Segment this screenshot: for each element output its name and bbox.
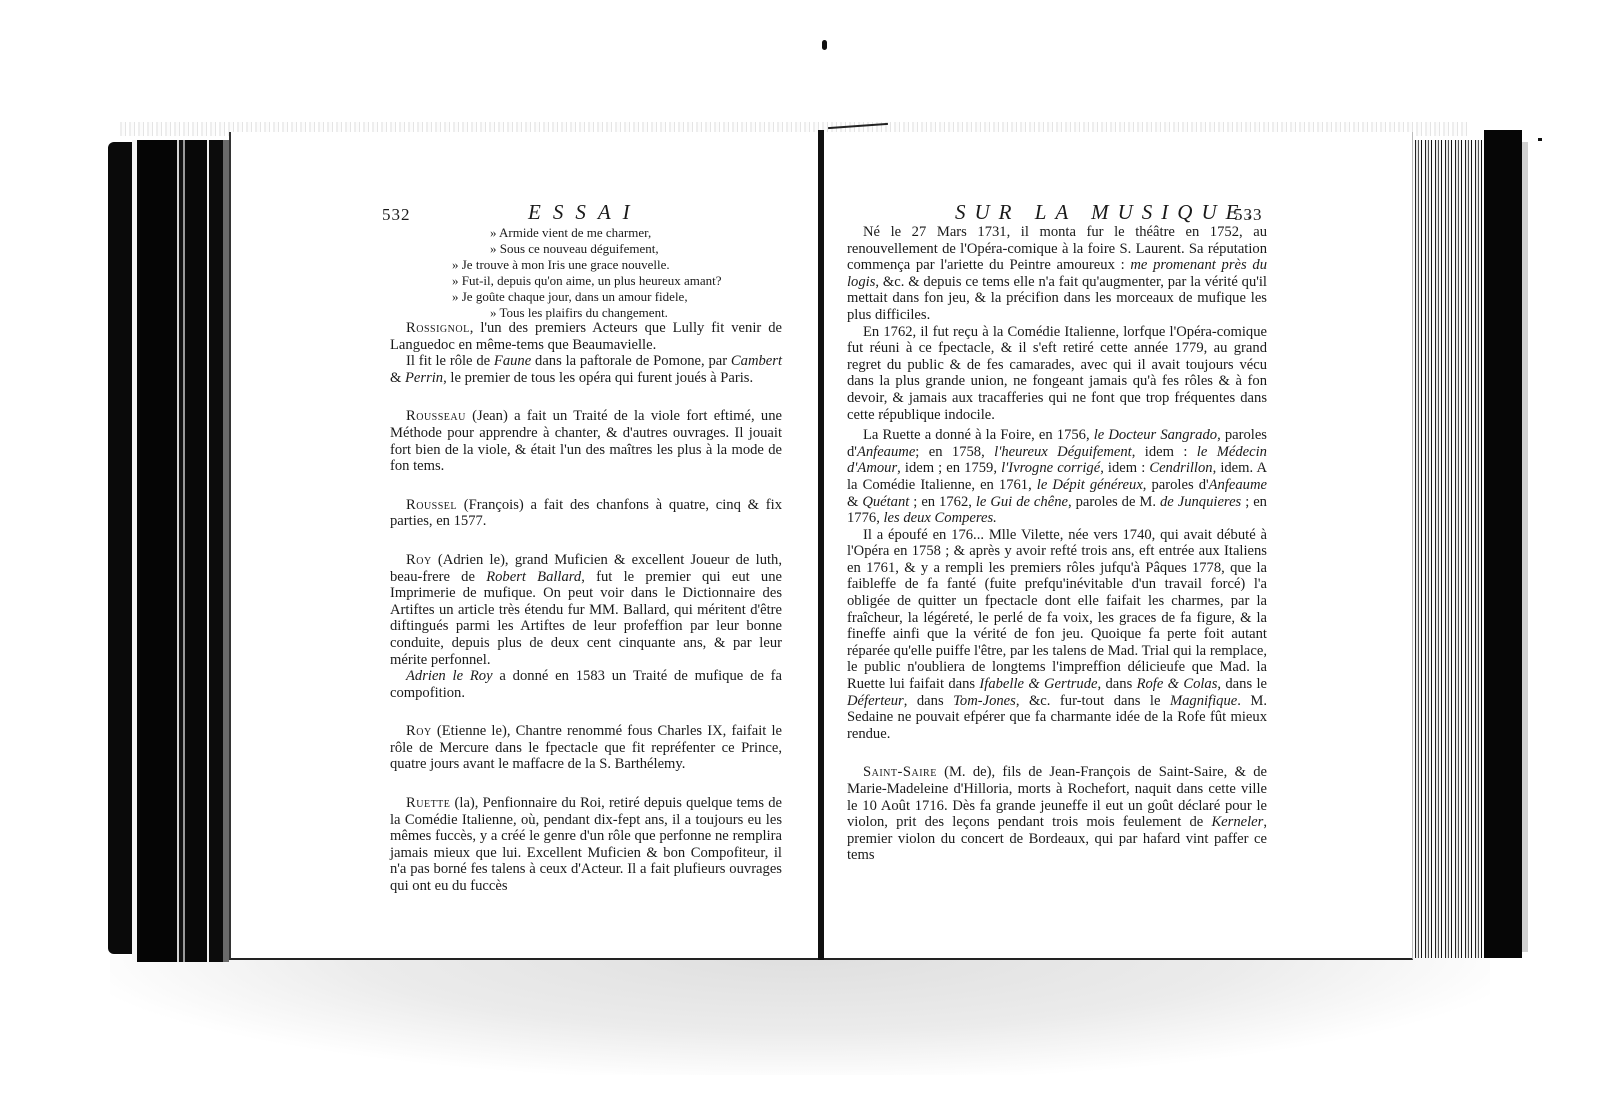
verse-quotation: » Armide vient de me charmer, » Sous ce … bbox=[390, 225, 782, 321]
entry-rossignol-p2: Il fit le rôle de Faune dans la paftoral… bbox=[390, 353, 782, 386]
entry-text: Il fit le rôle de bbox=[406, 353, 494, 369]
para-text: , idem : bbox=[1100, 460, 1149, 476]
work-title: le Docteur Sangrado bbox=[1094, 427, 1217, 443]
person-name: Perrin bbox=[405, 370, 443, 386]
work-title: le Gui de chêne bbox=[976, 494, 1068, 510]
page-number-left: 532 bbox=[382, 205, 411, 225]
para-text: , &c. & depuis ce tems elle n'a fait qu'… bbox=[847, 274, 1267, 323]
work-title: Déferteur bbox=[847, 693, 904, 709]
verse-line: » Armide vient de me charmer, bbox=[390, 225, 782, 241]
para-text: , dans le bbox=[1217, 676, 1267, 692]
entry-saint-saire: Saint-Saire (M. de), fils de Jean-Franço… bbox=[847, 764, 1267, 864]
entry-rousseau: Rousseau (Jean) a fait un Traité de la v… bbox=[390, 408, 782, 474]
entry-text: & bbox=[390, 370, 405, 386]
work-title: Magnifique bbox=[1170, 693, 1237, 709]
person-name: Anfeaume bbox=[1209, 477, 1267, 493]
page-edges-left bbox=[137, 140, 229, 962]
paragraph-works: La Ruette a donné à la Foire, en 1756, l… bbox=[847, 427, 1267, 527]
book-cover-right bbox=[1484, 130, 1522, 958]
right-page-body: Né le 27 Mars 1731, il monta fur le théâ… bbox=[847, 224, 1267, 864]
para-text: , idem ; en 1759, bbox=[897, 460, 1001, 476]
entry-name: Saint-Saire bbox=[863, 764, 937, 780]
para-text: ; en 1762, bbox=[909, 494, 976, 510]
entry-name: Roy bbox=[406, 552, 432, 568]
work-title: l'heureux Déguifement bbox=[994, 444, 1132, 460]
work-title: Ifabelle & Gertrude bbox=[979, 676, 1097, 692]
work-title: Faune bbox=[494, 353, 531, 369]
entry-name: Rousseau bbox=[406, 408, 466, 424]
verse-line: » Sous ce nouveau déguifement, bbox=[390, 241, 782, 257]
work-title: l'Ivrogne corrigé bbox=[1001, 460, 1100, 476]
para-text: & bbox=[847, 494, 862, 510]
work-title: Rofe & Colas bbox=[1137, 676, 1218, 692]
para-text: , dans bbox=[904, 693, 953, 709]
person-name: Anfeaume bbox=[857, 444, 915, 460]
para-text: , dans bbox=[1098, 676, 1137, 692]
book-bottom-shadow bbox=[110, 955, 1490, 1075]
para-text: La Ruette a donné à la Foire, en 1756, bbox=[863, 427, 1094, 443]
para-text: , idem : bbox=[1132, 444, 1197, 460]
left-page-body: Rossignol, l'un des premiers Acteurs que… bbox=[390, 320, 782, 895]
person-name: Robert Ballard bbox=[486, 569, 581, 585]
paragraph-comedie-italienne: En 1762, il fut reçu à la Comédie Italie… bbox=[847, 324, 1267, 424]
work-title: Tom-Jones bbox=[953, 693, 1016, 709]
para-text: , paroles de M. bbox=[1068, 494, 1160, 510]
work-title: le Dépit généreux bbox=[1037, 477, 1143, 493]
entry-roy-etienne: Roy (Etienne le), Chantre renommé fous C… bbox=[390, 723, 782, 773]
entry-ruette: Ruette (la), Penfionnaire du Roi, retiré… bbox=[390, 795, 782, 895]
cover-edge-right bbox=[1522, 142, 1528, 952]
entry-text: dans la paftorale de Pomone, par bbox=[531, 353, 731, 369]
work-title: les deux Comperes. bbox=[883, 510, 996, 526]
page-number-right: 533 bbox=[1234, 205, 1263, 225]
verse-line: » Fut-il, depuis qu'on aime, un plus heu… bbox=[390, 273, 782, 289]
entry-name: Roussel bbox=[406, 497, 457, 513]
verse-line: » Tous les plaifirs du changement. bbox=[390, 305, 782, 321]
work-title: Cendrillon bbox=[1149, 460, 1212, 476]
book-cover-left bbox=[108, 142, 132, 954]
entry-roy-adrien: Roy (Adrien le), grand Muficien & excell… bbox=[390, 552, 782, 668]
person-name: Quétant bbox=[862, 494, 909, 510]
entry-roussel: Roussel (François) a fait des chanfons à… bbox=[390, 497, 782, 530]
entry-roy-adrien-p2: Adrien le Roy a donné en 1583 un Traité … bbox=[390, 668, 782, 701]
book-gutter bbox=[818, 130, 824, 960]
entry-name: Rossignol bbox=[406, 320, 470, 336]
person-name: Kerneler bbox=[1211, 814, 1263, 830]
entry-name: Roy bbox=[406, 723, 432, 739]
verse-line: » Je goûte chaque jour, dans un amour fi… bbox=[390, 289, 782, 305]
ink-speck bbox=[1538, 138, 1542, 141]
running-head-left: ESSAI bbox=[528, 200, 642, 225]
para-text: ; en 1758, bbox=[915, 444, 994, 460]
entry-text: (Etienne le), Chantre renommé fous Charl… bbox=[390, 723, 782, 772]
verse-line: » Je trouve à mon Iris une grace nouvell… bbox=[390, 257, 782, 273]
entry-text: , le premier de tous les opéra qui furen… bbox=[443, 370, 753, 386]
para-text: , paroles d' bbox=[1143, 477, 1209, 493]
para-text: En 1762, il fut reçu à la Comédie Italie… bbox=[847, 324, 1267, 423]
paragraph-debut: Né le 27 Mars 1731, il monta fur le théâ… bbox=[847, 224, 1267, 324]
para-text: , &c. fur-tout dans le bbox=[1016, 693, 1170, 709]
ink-speck bbox=[822, 40, 827, 50]
person-name: Adrien le Roy bbox=[406, 668, 493, 684]
person-name: Cambert bbox=[731, 353, 782, 369]
running-head-right: SUR LA MUSIQUE. bbox=[955, 200, 1262, 225]
entry-name: Ruette bbox=[406, 795, 450, 811]
paragraph-vilette: Il a époufé en 176... Mlle Vilette, née … bbox=[847, 527, 1267, 743]
para-text: Il a époufé en 176... Mlle Vilette, née … bbox=[847, 527, 1267, 692]
person-name: de Junquieres bbox=[1160, 494, 1241, 510]
page-edges-right bbox=[1412, 140, 1484, 958]
entry-rossignol: Rossignol, l'un des premiers Acteurs que… bbox=[390, 320, 782, 353]
